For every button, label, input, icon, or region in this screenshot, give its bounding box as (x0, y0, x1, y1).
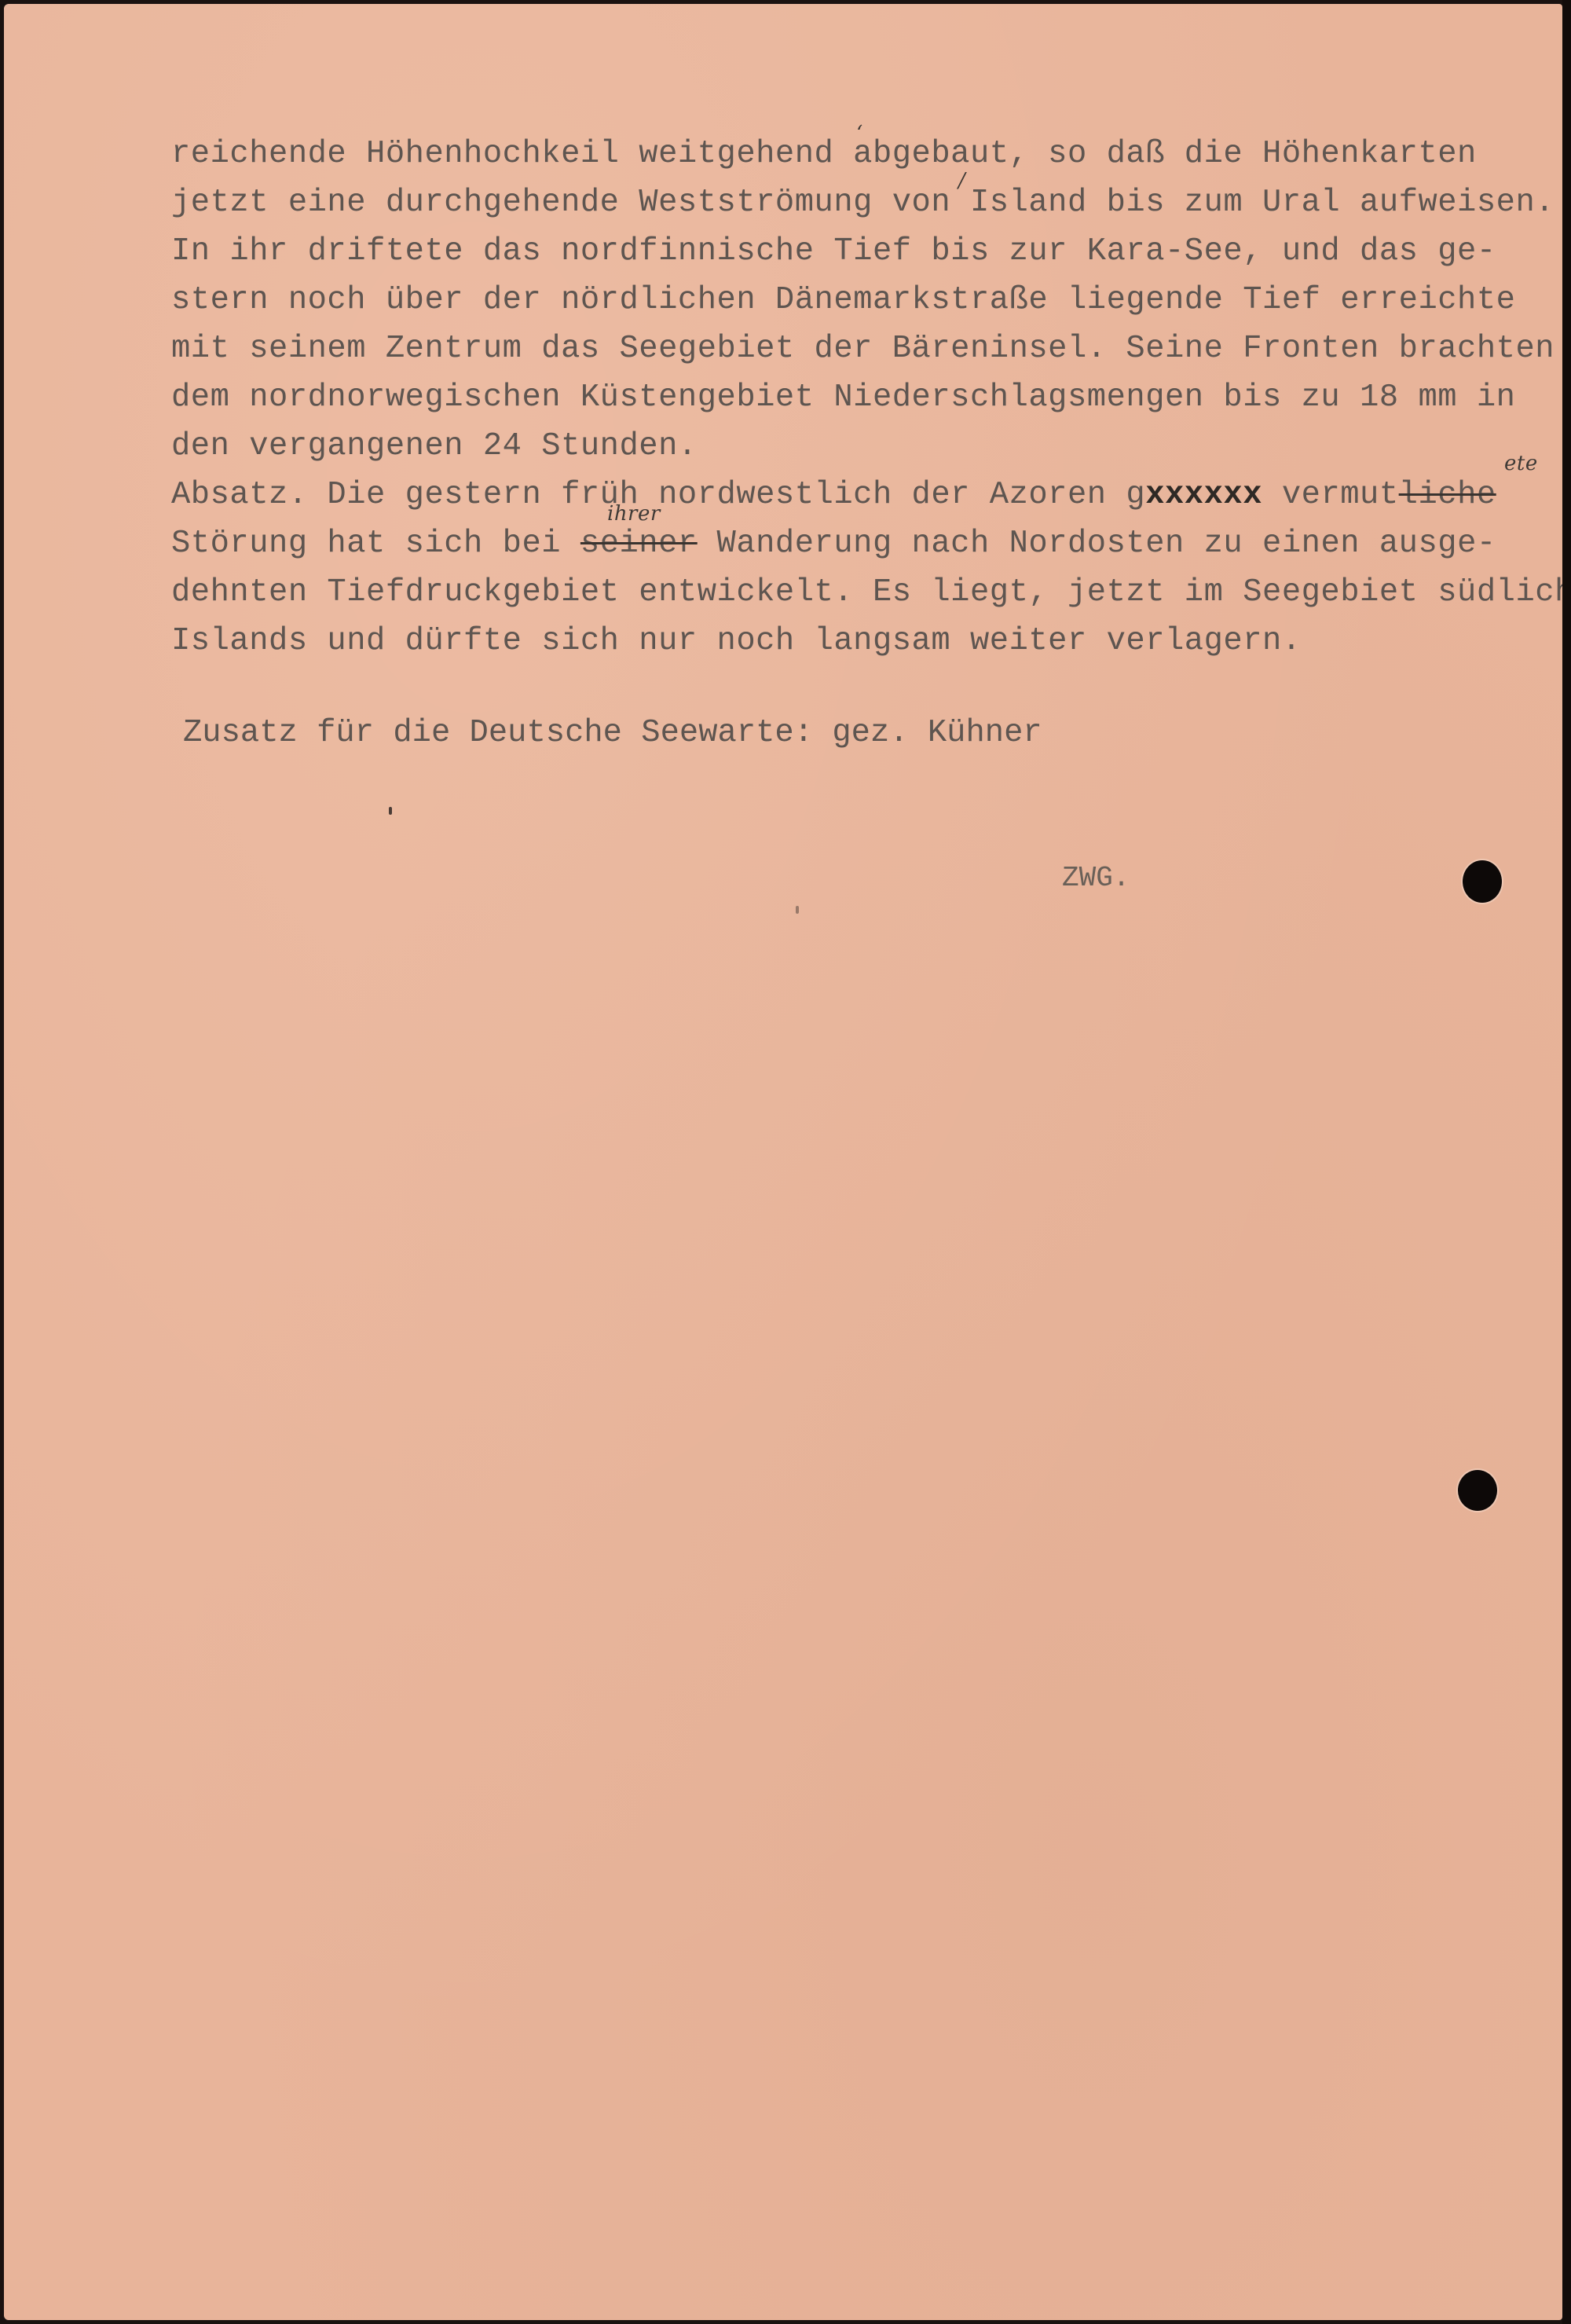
paper-speck (796, 906, 799, 914)
initials: ZWG. (1062, 862, 1130, 894)
signoff-line: Zusatz für die Deutsche Seewarte: gez. K… (183, 715, 1042, 751)
text-line: mit seinem Zentrum das Seegebiet der Bär… (171, 324, 1569, 373)
scan-border (1562, 0, 1571, 2324)
text-line: jetzt eine durchgehende Westströmung von… (171, 178, 1569, 227)
document-body: reichende Höhenhochkeil weitgehend abgeb… (171, 130, 1569, 665)
text-line: stern noch über der nördlichen Dänemarks… (171, 276, 1569, 324)
handwritten-mark: / (958, 170, 965, 191)
punch-hole-icon (1458, 1470, 1497, 1511)
text-line: den vergangenen 24 Stunden. (171, 422, 1569, 471)
line-suffix: Wanderung nach Nordosten zu einen ausge- (698, 526, 1496, 562)
struck-overtype: xxxxxx (1145, 477, 1262, 513)
handwritten-mark: ʻ (856, 123, 862, 144)
struck-text: liche (1399, 477, 1496, 513)
text-line: Islands und dürfte sich nur noch langsam… (171, 617, 1569, 665)
struck-text: seiner (580, 526, 698, 562)
handwritten-insert: ete (1504, 453, 1538, 474)
paper-speck (389, 807, 392, 815)
document-page: reichende Höhenhochkeil weitgehend abgeb… (4, 4, 1562, 2320)
text-line: reichende Höhenhochkeil weitgehend abgeb… (171, 130, 1569, 178)
text-line-stoerung: Störung hat sich bei seiner Wanderung na… (171, 519, 1569, 568)
text-line-absatz: Absatz. Die gestern früh nordwestlich de… (171, 471, 1569, 519)
text-line: dehnten Tiefdruckgebiet entwickelt. Es l… (171, 568, 1569, 617)
punch-hole-icon (1463, 860, 1502, 903)
text-line: In ihr driftete das nordfinnische Tief b… (171, 227, 1569, 276)
handwritten-replacement: ihrer (607, 504, 661, 524)
line-prefix: Störung hat sich bei (171, 526, 580, 562)
text-line: dem nordnorwegischen Küstengebiet Nieder… (171, 373, 1569, 422)
line-middle: vermut (1262, 477, 1399, 513)
